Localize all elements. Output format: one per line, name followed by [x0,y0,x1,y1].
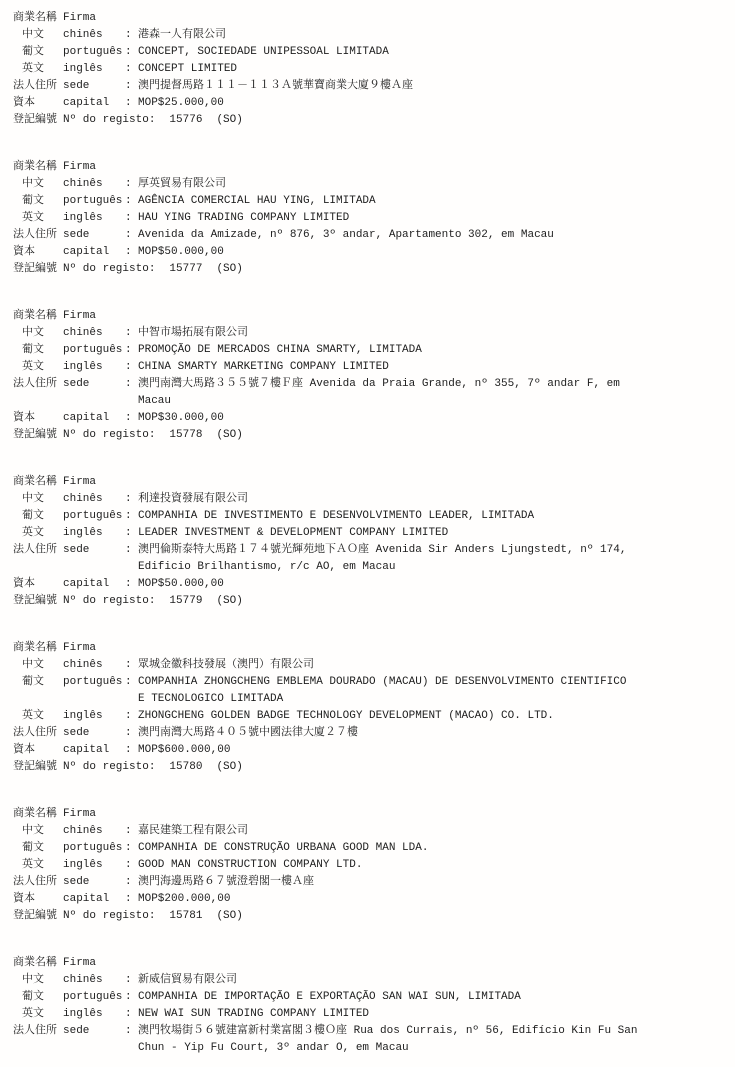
address-label-zh: 法人住所 [13,725,63,742]
chinese-label-zh: 中文 [13,27,63,44]
address-label-zh: 法人住所 [13,874,63,891]
portuguese-name-row: 葡文 português : COMPANHIA ZHONGCHENG EMBL… [13,674,715,708]
registry-number: 15781 [169,908,202,925]
colon: : [125,857,138,874]
chinese-label-pt: chinês [63,27,125,44]
registry-label-zh: 登記編號 [13,427,63,444]
english-name-value: NEW WAI SUN TRADING COMPANY LIMITED [138,1006,638,1023]
portuguese-label-zh: 葡文 [13,342,63,359]
portuguese-label-zh: 葡文 [13,840,63,857]
english-name-row: 英文 inglês : NEW WAI SUN TRADING COMPANY … [13,1006,715,1023]
capital-value: MOP$200.000,00 [138,891,638,908]
colon: : [125,325,138,342]
portuguese-name-value: COMPANHIA DE IMPORTAÇÃO E EXPORTAÇÃO SAN… [138,989,638,1006]
registry-code: (SO) [216,759,242,776]
chinese-label-pt: chinês [63,325,125,342]
address-row: 法人住所 sede : 澳門南灣大馬路４０５號中國法律大廈２７樓 [13,725,715,742]
capital-label-zh: 資本 [13,742,63,759]
registry-label-zh: 登記編號 [13,261,63,278]
chinese-name-row: 中文 chinês : 眾城金徽科技發展（澳門）有限公司 [13,657,715,674]
firm-label-pt: Firma [63,474,125,491]
colon: : [125,1023,138,1040]
chinese-label-zh: 中文 [13,325,63,342]
firm-header-row: 商業名稱 Firma [13,159,715,176]
english-name-row: 英文 inglês : HAU YING TRADING COMPANY LIM… [13,210,715,227]
portuguese-label-zh: 葡文 [13,989,63,1006]
address-row: 法人住所 sede : 澳門南灣大馬路３５５號７樓Ｆ座 Avenida da P… [13,376,715,410]
colon: : [125,972,138,989]
english-label-pt: inglês [63,359,125,376]
capital-row: 資本 capital : MOP$50.000,00 [13,244,715,261]
address-label-zh: 法人住所 [13,1023,63,1040]
firm-header-row: 商業名稱 Firma [13,806,715,823]
portuguese-label-pt: português [63,508,125,525]
portuguese-label-pt: português [63,342,125,359]
registry-row: 登記編號 Nº do registo: 15778 (SO) [13,427,715,444]
registry-code: (SO) [216,427,242,444]
capital-label-zh: 資本 [13,244,63,261]
registry-number: 15778 [169,427,202,444]
chinese-label-pt: chinês [63,491,125,508]
registry-code: (SO) [216,593,242,610]
address-value: 澳門牧場街５６號建富新村業富閣３樓Ｏ座 Rua dos Currais, nº … [138,1023,638,1057]
registry-label-zh: 登記編號 [13,908,63,925]
address-row: 法人住所 sede : Avenida da Amizade, nº 876, … [13,227,715,244]
registry-label-pt: Nº do registo: [63,112,155,129]
colon: : [125,176,138,193]
portuguese-name-value: AGÊNCIA COMERCIAL HAU YING, LIMITADA [138,193,638,210]
english-name-row: 英文 inglês : CHINA SMARTY MARKETING COMPA… [13,359,715,376]
colon: : [125,891,138,908]
colon: : [125,359,138,376]
registry-number: 15780 [169,759,202,776]
firm-label-zh: 商業名稱 [13,10,63,27]
capital-value: MOP$600.000,00 [138,742,638,759]
chinese-label-zh: 中文 [13,823,63,840]
capital-label-pt: capital [63,891,125,908]
chinese-name-row: 中文 chinês : 嘉民建築工程有限公司 [13,823,715,840]
english-label-pt: inglês [63,61,125,78]
registry-row: 登記編號 Nº do registo: 15776 (SO) [13,112,715,129]
capital-label-zh: 資本 [13,95,63,112]
english-label-zh: 英文 [13,61,63,78]
registry-row: 登記編號 Nº do registo: 15779 (SO) [13,593,715,610]
english-label-pt: inglês [63,210,125,227]
registry-label-zh: 登記編號 [13,593,63,610]
chinese-name-row: 中文 chinês : 中智市場拓展有限公司 [13,325,715,342]
capital-row: 資本 capital : MOP$25.000,00 [13,95,715,112]
english-label-pt: inglês [63,708,125,725]
colon: : [125,491,138,508]
firm-header-row: 商業名稱 Firma [13,308,715,325]
portuguese-label-pt: português [63,674,125,691]
address-row: 法人住所 sede : 澳門海邊馬路６７號澄碧閣一樓Ａ座 [13,874,715,891]
capital-label-zh: 資本 [13,410,63,427]
registry-number: 15777 [169,261,202,278]
registry-code: (SO) [216,112,242,129]
chinese-label-pt: chinês [63,823,125,840]
capital-row: 資本 capital : MOP$600.000,00 [13,742,715,759]
colon: : [125,742,138,759]
colon: : [125,1006,138,1023]
capital-value: MOP$25.000,00 [138,95,638,112]
colon: : [125,525,138,542]
address-label-pt: sede [63,78,125,95]
address-value: 澳門提督馬路１１１－１１３Ａ號華寶商業大廈９樓Ａ座 [138,78,638,95]
firm-header-row: 商業名稱 Firma [13,955,715,972]
portuguese-label-zh: 葡文 [13,193,63,210]
portuguese-label-pt: português [63,193,125,210]
address-row: 法人住所 sede : 澳門倫斯泰特大馬路１７４號光輝苑地下ＡＯ座 Avenid… [13,542,715,576]
colon: : [125,410,138,427]
colon: : [125,210,138,227]
english-label-zh: 英文 [13,1006,63,1023]
colon: : [125,376,138,393]
address-row: 法人住所 sede : 澳門提督馬路１１１－１１３Ａ號華寶商業大廈９樓Ａ座 [13,78,715,95]
portuguese-name-value: PROMOÇÃO DE MERCADOS CHINA SMARTY, LIMIT… [138,342,638,359]
address-label-pt: sede [63,227,125,244]
portuguese-name-value: COMPANHIA ZHONGCHENG EMBLEMA DOURADO (MA… [138,674,638,708]
colon: : [125,674,138,691]
portuguese-label-zh: 葡文 [13,44,63,61]
firm-header-row: 商業名稱 Firma [13,474,715,491]
firm-label-zh: 商業名稱 [13,159,63,176]
english-label-pt: inglês [63,525,125,542]
chinese-label-zh: 中文 [13,972,63,989]
portuguese-name-row: 葡文 português : COMPANHIA DE INVESTIMENTO… [13,508,715,525]
registry-number: 15776 [169,112,202,129]
capital-label-pt: capital [63,95,125,112]
registry-label-pt: Nº do registo: [63,261,155,278]
colon: : [125,27,138,44]
portuguese-name-row: 葡文 português : PROMOÇÃO DE MERCADOS CHIN… [13,342,715,359]
registry-code: (SO) [216,261,242,278]
portuguese-name-value: COMPANHIA DE INVESTIMENTO E DESENVOLVIME… [138,508,638,525]
portuguese-name-value: COMPANHIA DE CONSTRUÇÃO URBANA GOOD MAN … [138,840,638,857]
address-label-pt: sede [63,376,125,393]
colon: : [125,725,138,742]
portuguese-name-row: 葡文 português : AGÊNCIA COMERCIAL HAU YIN… [13,193,715,210]
firm-label-zh: 商業名稱 [13,806,63,823]
firm-header-row: 商業名稱 Firma [13,10,715,27]
company-entry-6: 商業名稱 Firma 中文 chinês : 嘉民建築工程有限公司 葡文 por… [13,806,715,925]
address-value: 澳門海邊馬路６７號澄碧閣一樓Ａ座 [138,874,638,891]
chinese-label-pt: chinês [63,972,125,989]
firm-label-zh: 商業名稱 [13,955,63,972]
address-row: 法人住所 sede : 澳門牧場街５６號建富新村業富閣３樓Ｏ座 Rua dos … [13,1023,715,1057]
address-value: 澳門南灣大馬路４０５號中國法律大廈２７樓 [138,725,638,742]
address-label-zh: 法人住所 [13,78,63,95]
chinese-label-pt: chinês [63,176,125,193]
address-label-pt: sede [63,725,125,742]
company-entry-4: 商業名稱 Firma 中文 chinês : 利達投資發展有限公司 葡文 por… [13,474,715,610]
portuguese-label-pt: português [63,44,125,61]
address-label-pt: sede [63,874,125,891]
company-entry-2: 商業名稱 Firma 中文 chinês : 厚英貿易有限公司 葡文 portu… [13,159,715,278]
english-name-row: 英文 inglês : CONCEPT LIMITED [13,61,715,78]
english-label-pt: inglês [63,857,125,874]
firm-label-zh: 商業名稱 [13,474,63,491]
registry-label-pt: Nº do registo: [63,593,155,610]
firm-label-pt: Firma [63,955,125,972]
colon: : [125,193,138,210]
address-label-zh: 法人住所 [13,227,63,244]
gazette-page: 商業名稱 Firma 中文 chinês : 港森一人有限公司 葡文 portu… [0,0,735,1067]
address-label-zh: 法人住所 [13,376,63,393]
english-label-zh: 英文 [13,525,63,542]
portuguese-name-row: 葡文 português : COMPANHIA DE IMPORTAÇÃO E… [13,989,715,1006]
registry-row: 登記編號 Nº do registo: 15780 (SO) [13,759,715,776]
chinese-label-zh: 中文 [13,176,63,193]
registry-code: (SO) [216,908,242,925]
chinese-label-zh: 中文 [13,657,63,674]
english-name-value: LEADER INVESTMENT & DEVELOPMENT COMPANY … [138,525,638,542]
colon: : [125,78,138,95]
company-entry-5: 商業名稱 Firma 中文 chinês : 眾城金徽科技發展（澳門）有限公司 … [13,640,715,776]
chinese-name-value: 利達投資發展有限公司 [138,491,638,508]
registry-label-pt: Nº do registo: [63,759,155,776]
capital-label-pt: capital [63,244,125,261]
english-label-pt: inglês [63,1006,125,1023]
portuguese-label-zh: 葡文 [13,508,63,525]
english-name-value: ZHONGCHENG GOLDEN BADGE TECHNOLOGY DEVEL… [138,708,638,725]
chinese-name-value: 眾城金徽科技發展（澳門）有限公司 [138,657,638,674]
chinese-name-value: 嘉民建築工程有限公司 [138,823,638,840]
chinese-name-value: 港森一人有限公司 [138,27,638,44]
colon: : [125,61,138,78]
english-name-value: HAU YING TRADING COMPANY LIMITED [138,210,638,227]
capital-row: 資本 capital : MOP$200.000,00 [13,891,715,908]
colon: : [125,542,138,559]
firm-header-row: 商業名稱 Firma [13,640,715,657]
colon: : [125,576,138,593]
registry-row: 登記編號 Nº do registo: 15781 (SO) [13,908,715,925]
chinese-label-pt: chinês [63,657,125,674]
company-entry-3: 商業名稱 Firma 中文 chinês : 中智市場拓展有限公司 葡文 por… [13,308,715,444]
colon: : [125,989,138,1006]
address-label-pt: sede [63,1023,125,1040]
address-label-zh: 法人住所 [13,542,63,559]
address-value: 澳門倫斯泰特大馬路１７４號光輝苑地下ＡＯ座 Avenida Sir Anders… [138,542,638,576]
colon: : [125,244,138,261]
firm-label-zh: 商業名稱 [13,640,63,657]
colon: : [125,823,138,840]
chinese-name-value: 新威信貿易有限公司 [138,972,638,989]
english-name-row: 英文 inglês : GOOD MAN CONSTRUCTION COMPAN… [13,857,715,874]
english-label-zh: 英文 [13,210,63,227]
capital-row: 資本 capital : MOP$50.000,00 [13,576,715,593]
firm-label-pt: Firma [63,10,125,27]
company-entry-1: 商業名稱 Firma 中文 chinês : 港森一人有限公司 葡文 portu… [13,10,715,129]
colon: : [125,840,138,857]
capital-row: 資本 capital : MOP$30.000,00 [13,410,715,427]
registry-label-pt: Nº do registo: [63,908,155,925]
capital-label-pt: capital [63,742,125,759]
address-value: Avenida da Amizade, nº 876, 3º andar, Ap… [138,227,638,244]
english-name-value: CHINA SMARTY MARKETING COMPANY LIMITED [138,359,638,376]
firm-label-zh: 商業名稱 [13,308,63,325]
english-name-value: GOOD MAN CONSTRUCTION COMPANY LTD. [138,857,638,874]
capital-label-zh: 資本 [13,576,63,593]
portuguese-name-value: CONCEPT, SOCIEDADE UNIPESSOAL LIMITADA [138,44,638,61]
chinese-name-row: 中文 chinês : 港森一人有限公司 [13,27,715,44]
colon: : [125,95,138,112]
colon: : [125,874,138,891]
chinese-name-row: 中文 chinês : 新威信貿易有限公司 [13,972,715,989]
colon: : [125,342,138,359]
firm-label-pt: Firma [63,159,125,176]
registry-label-pt: Nº do registo: [63,427,155,444]
english-label-zh: 英文 [13,857,63,874]
english-name-row: 英文 inglês : ZHONGCHENG GOLDEN BADGE TECH… [13,708,715,725]
capital-value: MOP$50.000,00 [138,576,638,593]
english-label-zh: 英文 [13,708,63,725]
colon: : [125,708,138,725]
registry-label-zh: 登記編號 [13,759,63,776]
address-value: 澳門南灣大馬路３５５號７樓Ｆ座 Avenida da Praia Grande,… [138,376,638,410]
chinese-label-zh: 中文 [13,491,63,508]
company-entry-7: 商業名稱 Firma 中文 chinês : 新威信貿易有限公司 葡文 port… [13,955,715,1057]
chinese-name-row: 中文 chinês : 利達投資發展有限公司 [13,491,715,508]
colon: : [125,227,138,244]
capital-value: MOP$50.000,00 [138,244,638,261]
chinese-name-value: 厚英貿易有限公司 [138,176,638,193]
firm-label-pt: Firma [63,640,125,657]
capital-label-pt: capital [63,576,125,593]
portuguese-name-row: 葡文 português : COMPANHIA DE CONSTRUÇÃO U… [13,840,715,857]
chinese-name-value: 中智市場拓展有限公司 [138,325,638,342]
portuguese-label-pt: português [63,989,125,1006]
portuguese-label-zh: 葡文 [13,674,63,691]
portuguese-label-pt: português [63,840,125,857]
registry-label-zh: 登記編號 [13,112,63,129]
registry-number: 15779 [169,593,202,610]
capital-label-pt: capital [63,410,125,427]
english-label-zh: 英文 [13,359,63,376]
english-name-value: CONCEPT LIMITED [138,61,638,78]
registry-row: 登記編號 Nº do registo: 15777 (SO) [13,261,715,278]
english-name-row: 英文 inglês : LEADER INVESTMENT & DEVELOPM… [13,525,715,542]
firm-label-pt: Firma [63,308,125,325]
colon: : [125,44,138,61]
colon: : [125,657,138,674]
capital-value: MOP$30.000,00 [138,410,638,427]
colon: : [125,508,138,525]
address-label-pt: sede [63,542,125,559]
chinese-name-row: 中文 chinês : 厚英貿易有限公司 [13,176,715,193]
capital-label-zh: 資本 [13,891,63,908]
portuguese-name-row: 葡文 português : CONCEPT, SOCIEDADE UNIPES… [13,44,715,61]
firm-label-pt: Firma [63,806,125,823]
